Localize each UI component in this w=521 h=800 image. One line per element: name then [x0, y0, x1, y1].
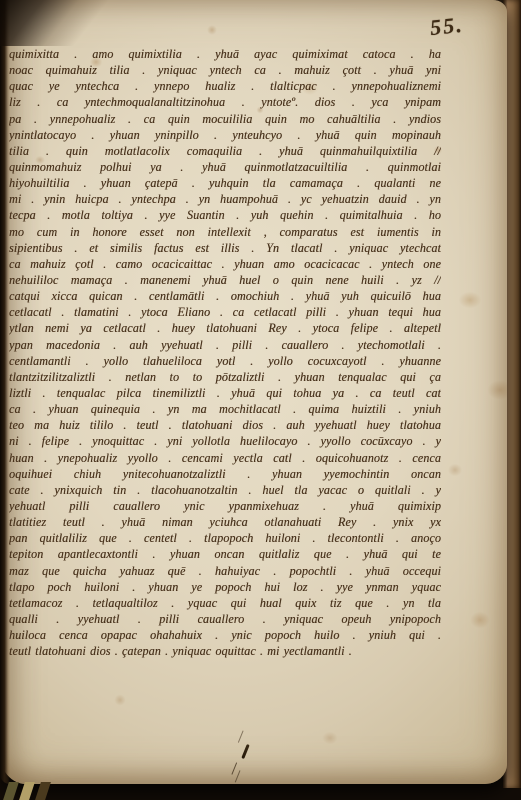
- manuscript-line: tetlamacoz . tetlaqualtiloz . yquac qui …: [9, 595, 441, 611]
- manuscript-line: centlamantli . yollo tlahueliloca yotl .…: [9, 353, 441, 369]
- manuscript-line: tlatitiez teutl . yhuā niman yciuhca otl…: [9, 514, 441, 530]
- manuscript-line: quimixitta . amo quimixtilia . yhuā ayac…: [9, 46, 441, 62]
- manuscript-line: cate . ynixquich tin . tlacohuanotzaltin…: [9, 482, 441, 498]
- manuscript-line: tlapo poch huiloni . yhuan ye popoch hui…: [9, 579, 441, 595]
- manuscript-line: ca mahuiz çotl . camo ocacicaittac . yhu…: [9, 256, 441, 272]
- ink-mark: [241, 744, 249, 759]
- manuscript-line: teo ma huiz tililo . teutl . tlatohuani …: [9, 417, 441, 433]
- manuscript-line: ni . felipe . ynoquittac . yni yollotla …: [9, 433, 441, 449]
- manuscript-line: hiyohuiltilia . yhuan çatepā . yuhquin t…: [9, 175, 441, 191]
- manuscript-line: mo cum in honore esset non intellexit , …: [9, 224, 441, 240]
- manuscript-line: teutl tlatohuani dios . çatepan . yniqua…: [9, 643, 441, 659]
- manuscript-line: yehuatl pilli cauallero ynic ypanmixehua…: [9, 498, 441, 514]
- manuscript-line: liztli . tenqualac pilca tinemiliztli . …: [9, 385, 441, 401]
- manuscript-line: pan quitlaliliz que . centetl . tlapopoc…: [9, 530, 441, 546]
- folio-number: 55.: [429, 9, 491, 41]
- manuscript-line: tecpa . motla toltiya . yye Suantin . yu…: [9, 207, 441, 223]
- manuscript-line: huiloca cenca opapac ohahahuix . ynic po…: [9, 627, 441, 643]
- book-edge-bands: [6, 782, 86, 800]
- manuscript-line: huan . ynepohualiz yyollo . cencami yect…: [9, 450, 441, 466]
- manuscript-page: 55. quimixitta . amo quimixtilia . yhuā …: [0, 0, 507, 784]
- manuscript-line: catqui xicca quican . centlamātli . omoc…: [9, 288, 441, 304]
- binding-gutter: [0, 0, 10, 784]
- manuscript-line: quinmomahuiz polhui ya . yhuā quinmotlat…: [9, 159, 441, 175]
- manuscript-line: cetlacatl . tlamatini . ytoca Eliano . c…: [9, 304, 441, 320]
- manuscript-photo: 55. quimixitta . amo quimixtilia . yhuā …: [0, 0, 521, 800]
- manuscript-line: liz . ca yntechmoqualanaltitzinohua . yn…: [9, 94, 441, 110]
- manuscript-line: tilia . quin motlatlacolix comaquilia . …: [9, 143, 441, 159]
- manuscript-line: nehuililoc mamaça . manenemi yhuā huel o…: [9, 272, 441, 288]
- manuscript-line: quac ye yntechca . ynnepo hualiz . tlalt…: [9, 78, 441, 94]
- manuscript-line: mi . ynin huicpa . yntechpa . yn huampoh…: [9, 191, 441, 207]
- manuscript-line: tlantzitzilitzaliztli . netlan to to pōt…: [9, 369, 441, 385]
- text-block: quimixitta . amo quimixtilia . yhuā ayac…: [9, 46, 441, 659]
- manuscript-line: qualli . yyehuatl . pilli cauallero . yn…: [9, 611, 441, 627]
- manuscript-line: noac quimahuiz tilia . yniquac yntech ca…: [9, 62, 441, 78]
- manuscript-line: ynintlatocayo . yhuan yninpillo . ynteuh…: [9, 127, 441, 143]
- manuscript-line: tepiton apantlecaxtontli . yhuan oncan q…: [9, 546, 441, 562]
- manuscript-line: ca . yhuan quinequia . yn ma mochitlacat…: [9, 401, 441, 417]
- manuscript-line: oquihuei chiuh ynitecohuanotzaliztli . y…: [9, 466, 441, 482]
- manuscript-line: ytlan nemi ya cetlacatl . huey tlatohuan…: [9, 320, 441, 336]
- manuscript-line: maz que quicha yahuaz quē . hahuiyac . p…: [9, 563, 441, 579]
- manuscript-line: pa . ynnepohualiz . ca quin mocuililia q…: [9, 111, 441, 127]
- manuscript-line: ypan macedonia . auh yyehuatl . pilli . …: [9, 337, 441, 353]
- manuscript-line: sipientibus . et similis factus est illi…: [9, 240, 441, 256]
- corner-shadow: [0, 0, 130, 46]
